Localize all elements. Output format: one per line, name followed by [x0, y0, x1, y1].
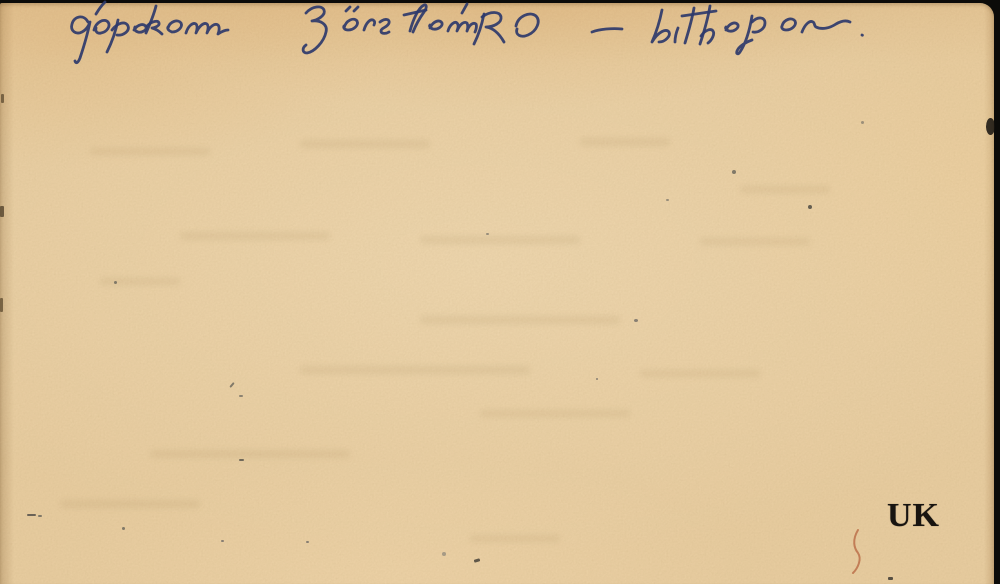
handwritten-annotation: [0, 0, 1000, 80]
printed-mark-uk: UK: [887, 499, 940, 533]
scanner-background: UK: [0, 0, 1000, 584]
index-card-paper: [0, 3, 994, 584]
